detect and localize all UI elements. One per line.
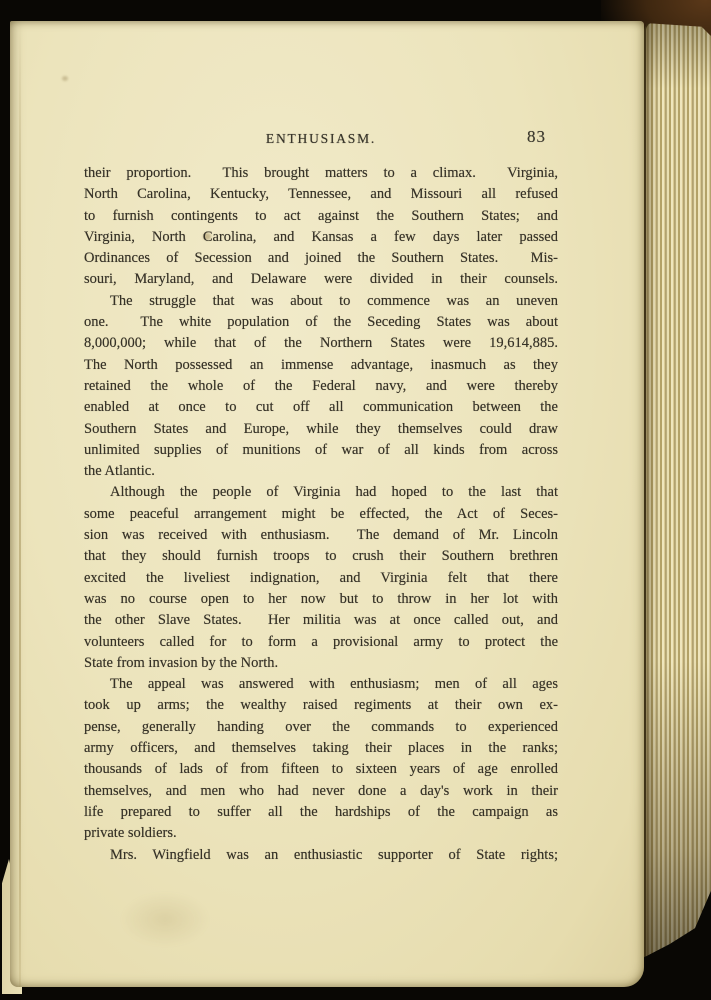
text-line: sion was received with enthusiasm. The d…	[84, 525, 558, 546]
paragraph: Although the people of Virginia had hope…	[84, 482, 558, 674]
text-line: private soldiers.	[84, 823, 558, 844]
text-line: Mrs. Wingfield was an enthusiastic suppo…	[84, 845, 558, 866]
running-title: ENTHUSIASM.	[84, 131, 558, 147]
text-line: pense, generally handing over the comman…	[84, 717, 558, 738]
text-line: Virginia, North Carolina, and Kansas a f…	[84, 227, 558, 248]
text-line: The struggle that was about to commence …	[84, 291, 558, 312]
text-line: enabled at once to cut off all communica…	[84, 397, 558, 418]
text-line: their proportion. This brought matters t…	[84, 163, 558, 184]
text-line: army officers, and themselves taking the…	[84, 738, 558, 759]
paper-stain	[62, 76, 68, 81]
page-number: 83	[527, 127, 546, 147]
text-line: the Atlantic.	[84, 461, 558, 482]
text-line: some peaceful arrangement might be effec…	[84, 504, 558, 525]
paragraph: The appeal was answered with enthusiasm;…	[84, 674, 558, 844]
text-line: The North possessed an immense advantage…	[84, 355, 558, 376]
text-line: unlimited supplies of munitions of war o…	[84, 440, 558, 461]
text-line: was no course open to her now but to thr…	[84, 589, 558, 610]
text-line: to furnish contingents to act against th…	[84, 206, 558, 227]
book-page: ENTHUSIASM. 83 their proportion. This br…	[10, 21, 644, 987]
text-line: The appeal was answered with enthusiasm;…	[84, 674, 558, 695]
paragraph: Mrs. Wingfield was an enthusiastic suppo…	[84, 845, 558, 866]
text-line: 8,000,000; while that of the Northern St…	[84, 333, 558, 354]
text-line: thousands of lads of from fifteen to six…	[84, 759, 558, 780]
text-line: Southern States and Europe, while they t…	[84, 419, 558, 440]
text-line: one. The white population of the Secedin…	[84, 312, 558, 333]
text-line: themselves, and men who had never done a…	[84, 781, 558, 802]
text-line: North Carolina, Kentucky, Tennessee, and…	[84, 184, 558, 205]
text-line: Although the people of Virginia had hope…	[84, 482, 558, 503]
text-line: the other Slave States. Her militia was …	[84, 610, 558, 631]
text-line: Ordinances of Secession and joined the S…	[84, 248, 558, 269]
page-body: their proportion. This brought matters t…	[84, 163, 558, 866]
page-edge-stack	[644, 23, 711, 961]
page-header: ENTHUSIASM. 83	[84, 130, 558, 150]
text-line: took up arms; the wealthy raised regimen…	[84, 695, 558, 716]
text-line: volunteers called for to form a provisio…	[84, 632, 558, 653]
text-line: retained the whole of the Federal navy, …	[84, 376, 558, 397]
text-line: State from invasion by the North.	[84, 653, 558, 674]
paragraph: their proportion. This brought matters t…	[84, 163, 558, 291]
text-line: life prepared to suffer all the hardship…	[84, 802, 558, 823]
text-line: that they should furnish troops to crush…	[84, 546, 558, 567]
paragraph: The struggle that was about to commence …	[84, 291, 558, 483]
paper-stain	[120, 892, 210, 947]
page-gutter-edge	[19, 21, 21, 987]
book-scan: ENTHUSIASM. 83 their proportion. This br…	[0, 0, 711, 1000]
text-line: excited the liveliest indignation, and V…	[84, 568, 558, 589]
text-line: souri, Maryland, and Delaware were divid…	[84, 269, 558, 290]
